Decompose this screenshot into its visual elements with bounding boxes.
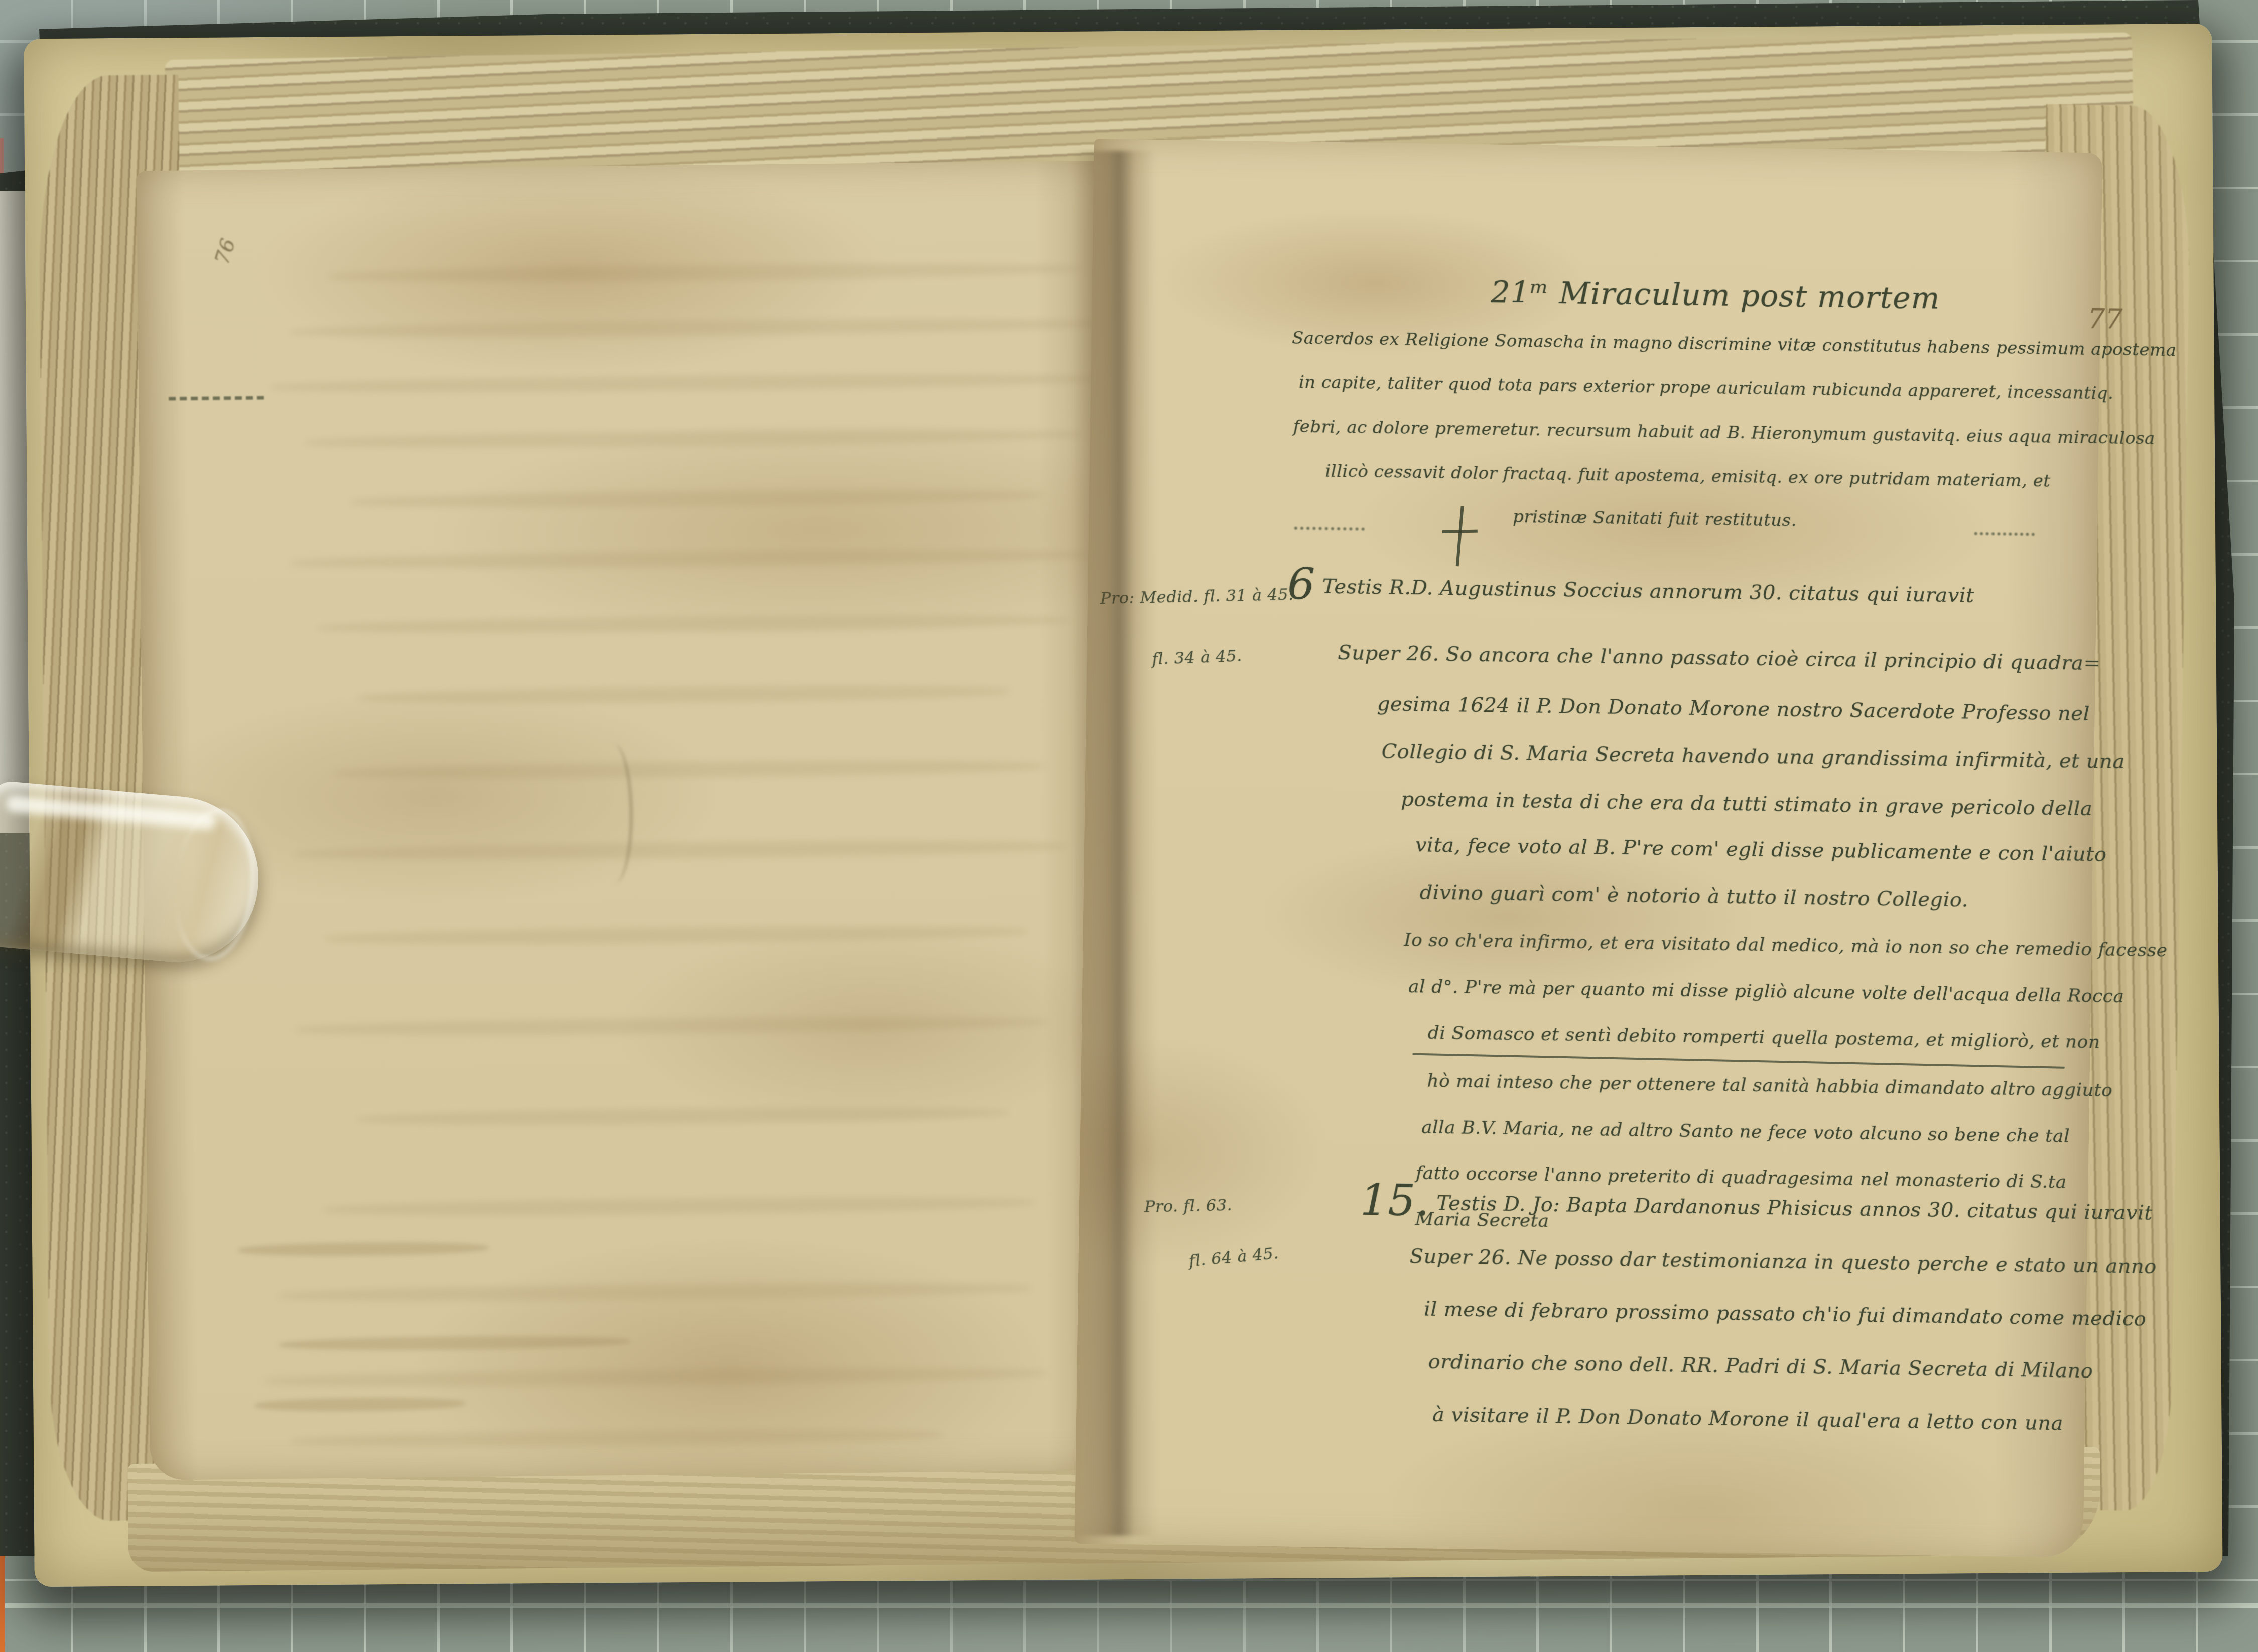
- witness-entry-line: di Somasco et sentì debito romperti quel…: [1428, 1023, 2100, 1053]
- bleedthrough-line: [325, 924, 1027, 947]
- latin-line: pristinæ Sanitati fuit restitutus.: [1513, 507, 1797, 531]
- bleedthrough-stroke: [254, 1397, 465, 1412]
- emphasis-underline: [1412, 1053, 2065, 1069]
- pen-dash-marks: [169, 396, 264, 401]
- bleedthrough-line: [328, 261, 1081, 284]
- witness-entry-line: divino guarì com' è notorio à tutto il n…: [1419, 881, 1968, 911]
- cross-mark: [1442, 506, 1478, 567]
- bleedthrough-line: [279, 1281, 1031, 1304]
- glass-highlight: [5, 794, 216, 830]
- witness-entry-line: alla B.V. Maria, ne ad altro Santo ne fe…: [1421, 1117, 2070, 1146]
- witness-entry-line: ordinario che sono dell. RR. Padri di S.…: [1428, 1350, 2093, 1383]
- bleedthrough-line: [291, 547, 1089, 571]
- witness-number: 15.: [1360, 1175, 1430, 1226]
- witness-entry-line: Super 26. So ancora che l'anno passato c…: [1338, 641, 2101, 675]
- archive-photo-scene: 76 77 21ᵐ Miracu: [0, 0, 2258, 1652]
- manuscript-book: 76 77 21ᵐ Miracu: [0, 0, 2258, 1652]
- bleedthrough-line: [333, 758, 1046, 781]
- witness-entry-line: 6Testis R.D. Augustinus Soccius annorum …: [1287, 574, 1974, 607]
- bleedthrough-line: [269, 371, 1097, 395]
- chapter-title: 21ᵐ Miraculum post mortem: [1491, 274, 1940, 316]
- bleedthrough-line: [350, 487, 1043, 509]
- bleedthrough-line: [317, 613, 1070, 636]
- latin-line: illicò cessavit dolor fractaq. fuit apos…: [1325, 461, 2051, 491]
- margin-note: fl. 34 à 45.: [1152, 646, 1243, 669]
- left-page: 76: [136, 161, 1116, 1480]
- bleedthrough-line: [264, 1365, 1047, 1389]
- bleedthrough-line: [294, 839, 1067, 862]
- bleedthrough-line: [290, 1427, 943, 1449]
- right-page: 77 21ᵐ Miraculum post mortem Sacerdos ex…: [1075, 139, 2103, 1558]
- witness-entry-line: postema in testa di che era da tutti sti…: [1401, 788, 2093, 820]
- divider-squiggle-left: [1294, 527, 1365, 531]
- witness-entry-line: gesima 1624 il P. Don Donato Morone nost…: [1377, 692, 2090, 725]
- bleedthrough-line: [296, 1014, 1048, 1037]
- latin-line: febri, ac dolore premeretur. recursum ha…: [1293, 417, 2155, 449]
- right-folio-number: 77: [2087, 303, 2123, 335]
- witness-entry-line: Io so ch'era infirmo, et era visitato da…: [1404, 930, 2168, 961]
- witness-entry-line: Super 26. Ne posso dar testimonianza in …: [1409, 1245, 2157, 1278]
- bleedthrough-line: [323, 1195, 1035, 1218]
- witness-entry-line: al d°. P're mà per quanto mi disse pigli…: [1408, 976, 2124, 1007]
- bleedthrough-line: [305, 427, 1083, 450]
- witness-entry-line: vita, fece voto al B. P're com' egli dis…: [1415, 833, 2107, 866]
- latin-line: in capite, taliter quod tota pars exteri…: [1299, 372, 2114, 404]
- latin-line: Sacerdos ex Religione Somascha in magno …: [1292, 328, 2177, 361]
- divider-squiggle-right: [1974, 532, 2035, 536]
- left-folio-number: 76: [210, 236, 240, 267]
- witness-entry-line: Collegio di S. Maria Secreta havendo una…: [1381, 740, 2125, 773]
- bleedthrough-line: [357, 1105, 1009, 1127]
- book-gutter-shadow: [1072, 151, 1157, 1536]
- bleedthrough-stroke: [279, 1335, 630, 1351]
- margin-note: fl. 64 à 45.: [1188, 1243, 1279, 1270]
- witness-entry-line: hò mai inteso che per ottenere tal sanit…: [1427, 1071, 2112, 1101]
- bleedthrough-stroke: [238, 1241, 489, 1257]
- bleedthrough-line: [289, 316, 1102, 340]
- witness-entry-line: à visitare il P. Don Donato Morone il qu…: [1432, 1403, 2063, 1435]
- witness-entry-line: fatto occorse l'anno preterito di quadra…: [1416, 1163, 2067, 1192]
- margin-note: Pro. fl. 63.: [1144, 1195, 1233, 1216]
- witness-line-text: Testis R.D. Augustinus Soccius annorum 3…: [1322, 575, 1974, 607]
- witness-number: 6: [1287, 559, 1316, 610]
- witness-entry-line: il mese di febraro prossimo passato ch'i…: [1424, 1298, 2147, 1331]
- bleedthrough-line: [357, 683, 1010, 706]
